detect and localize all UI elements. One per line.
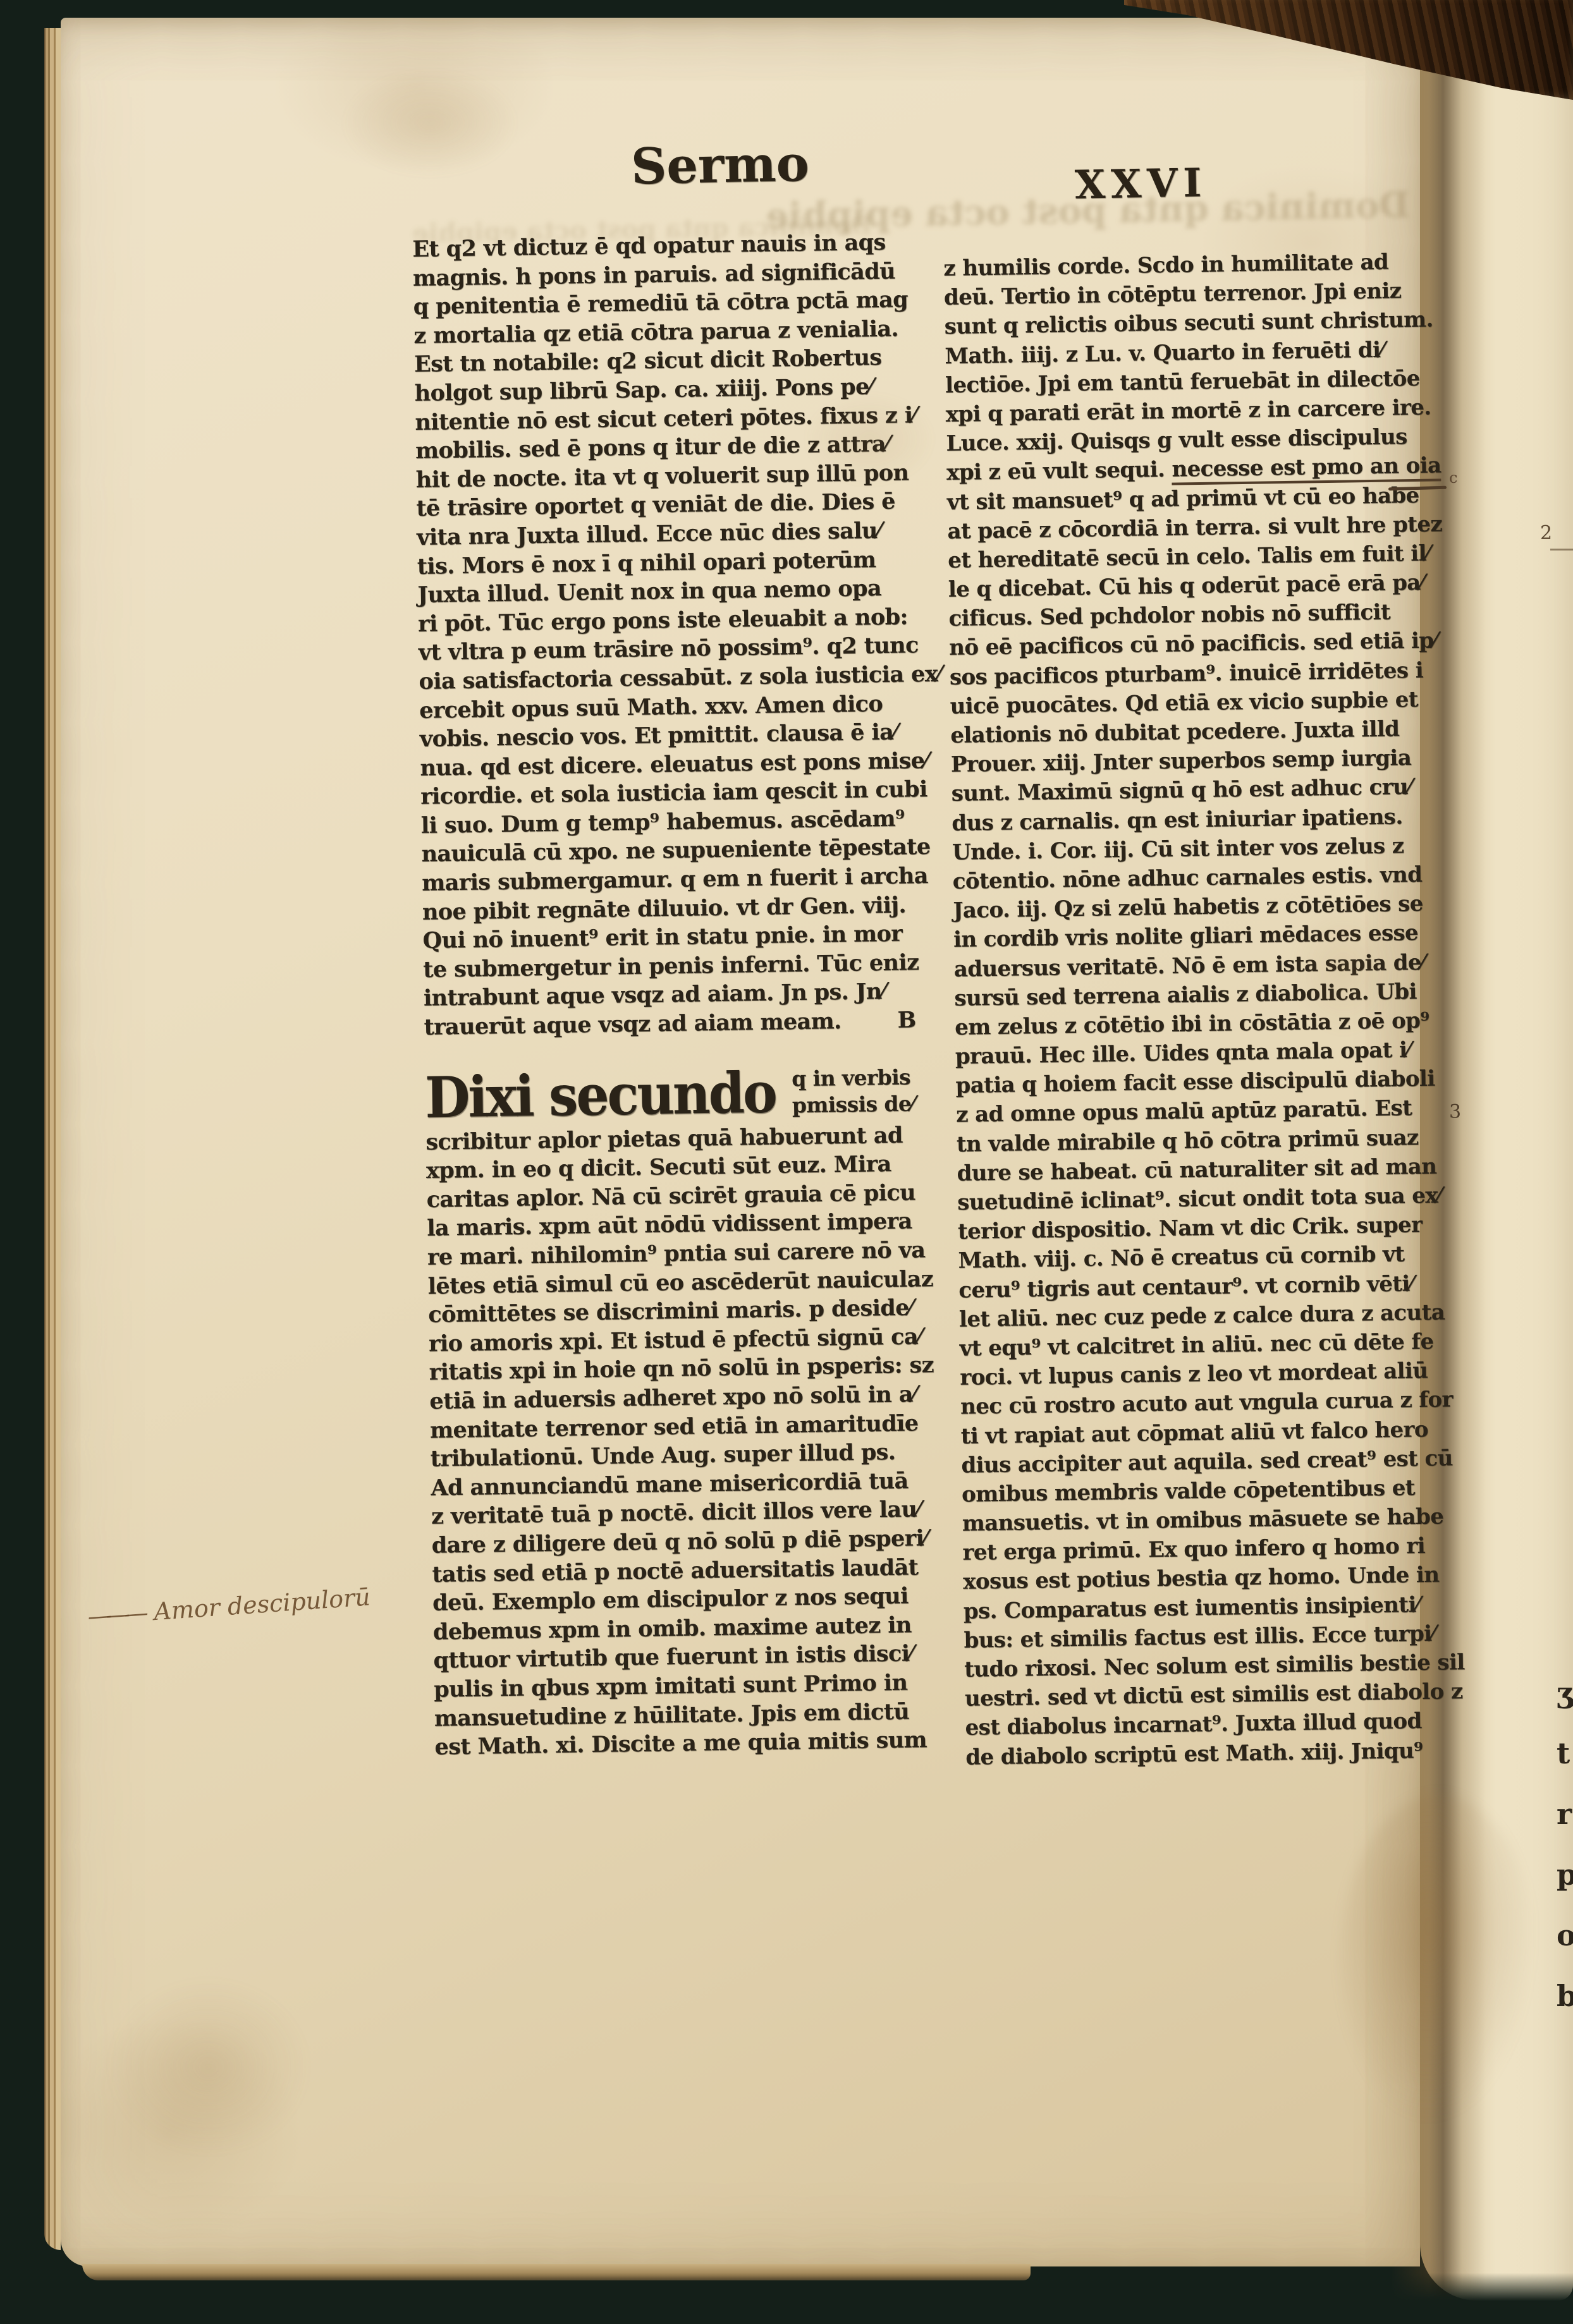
right-text-column: z humilis corde. Scdo in humilitate adde… — [943, 247, 1424, 1772]
bottom-shadow — [0, 2273, 1573, 2324]
section-heading: Dixi secundo — [425, 1063, 776, 1127]
facing-page-clipped-print: ʒtrpob — [1557, 1662, 1573, 2026]
margin-number-2: 2 — [1540, 522, 1552, 544]
left-text-column: Et q2 vt dictuz ē qd opatur nauis in aqs… — [412, 228, 927, 1761]
section-heading-side-text: q in verbispmissis de⁄ — [792, 1061, 915, 1119]
text-line: o — [1557, 1905, 1573, 1966]
text-line: b — [1557, 1966, 1573, 2026]
pen-flourish: ——— — [87, 1599, 144, 1631]
text-line: q in verbis — [792, 1064, 914, 1092]
margin-number-2-line — [1550, 549, 1573, 551]
text-line: pmissis de⁄ — [792, 1090, 915, 1119]
text-line: r — [1557, 1784, 1573, 1844]
folio-number: XXVI — [1074, 159, 1208, 208]
text-line: ʒ — [1557, 1662, 1573, 1723]
section-heading-row: Dixi secundo q in verbispmissis de⁄ — [425, 1061, 917, 1128]
ink-underline-hook: c — [1449, 469, 1457, 487]
left-leaf-edges — [44, 28, 61, 2250]
text-line: t — [1557, 1723, 1573, 1784]
margin-number-3: 3 — [1449, 1101, 1461, 1123]
book-scan: Dominica qnta post octa epiphie Dominica… — [0, 0, 1573, 2324]
running-header-title: Sermo — [630, 135, 809, 196]
left-column-top-lines: Et q2 vt dictuz ē qd opatur nauis in aqs… — [412, 228, 916, 1042]
text-line: p — [1557, 1844, 1573, 1905]
left-column-bottom-lines: scribitur aplor pietas quā habuerunt adx… — [425, 1121, 927, 1761]
